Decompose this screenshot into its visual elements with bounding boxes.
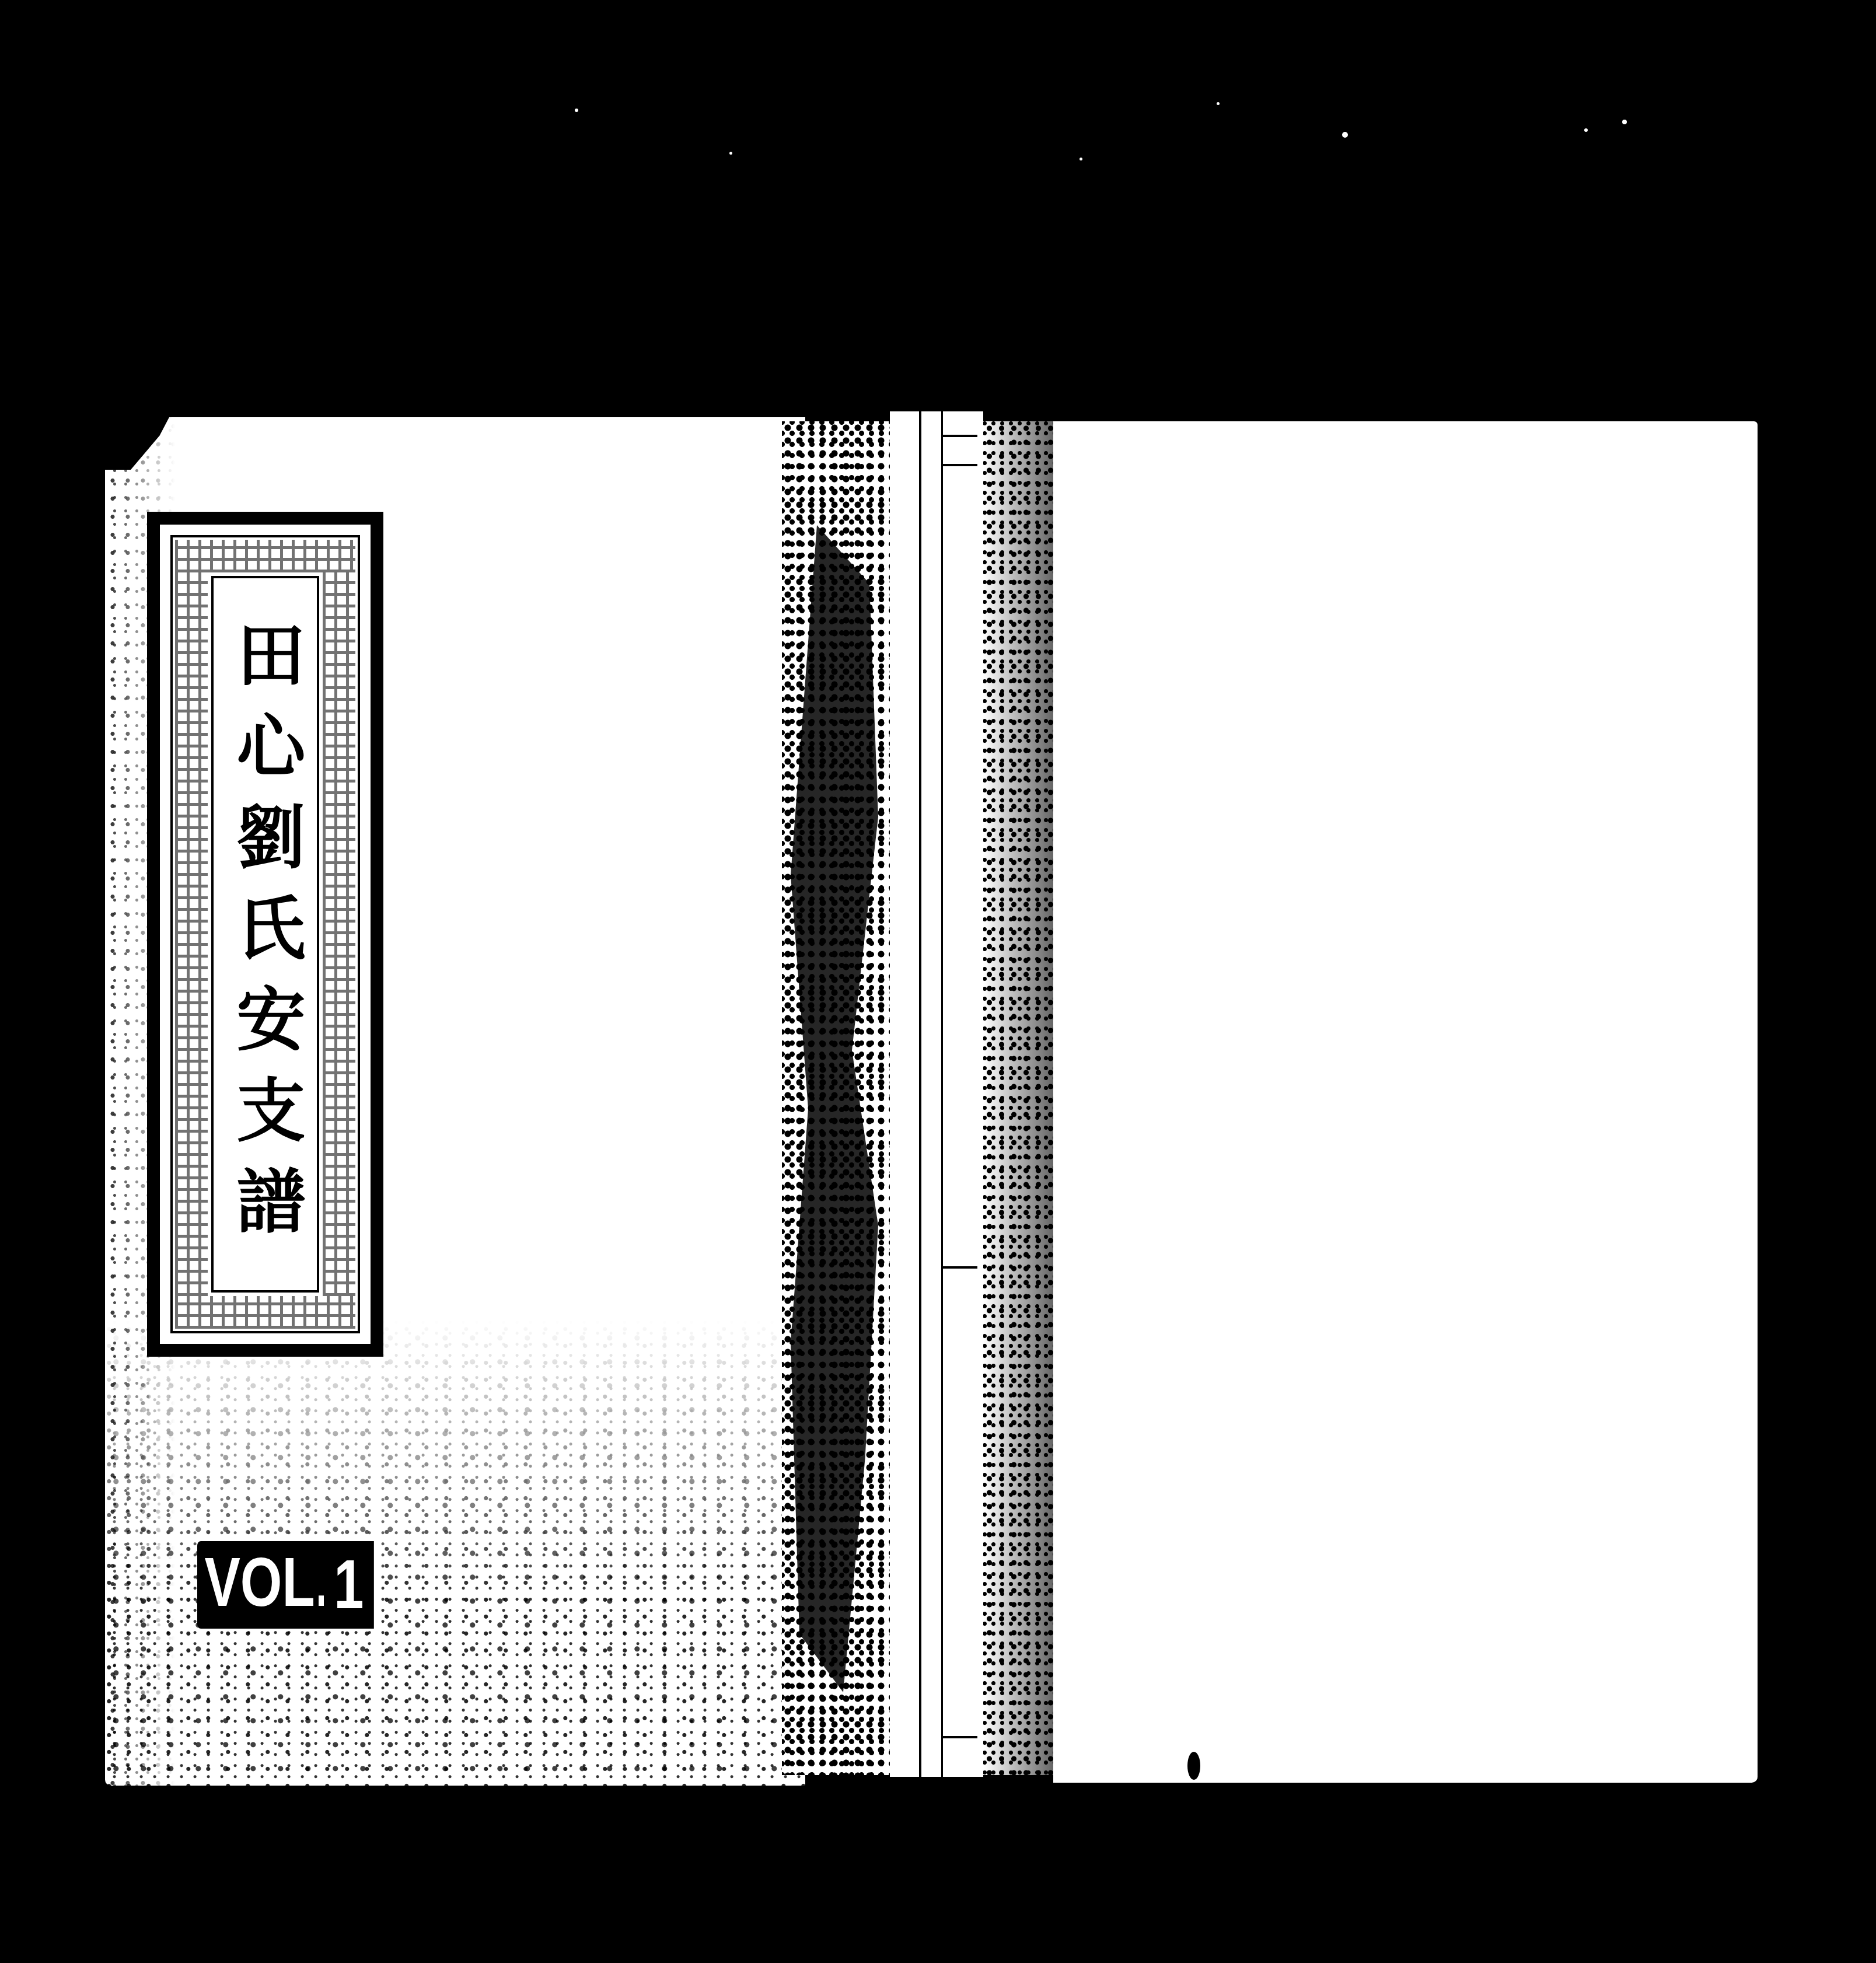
binding-stitch — [942, 464, 977, 466]
spine-fold-line — [919, 411, 921, 1777]
title-label: 田心劉氏安支譜 — [147, 512, 383, 1357]
fret-border-top — [175, 540, 355, 572]
back-cover — [1053, 421, 1758, 1783]
dust-speck — [1342, 132, 1348, 138]
binding-stitch — [942, 1736, 977, 1738]
dust-speck — [575, 109, 578, 112]
binding-stitch — [942, 1266, 977, 1269]
dust-speck — [1584, 128, 1588, 132]
dust-speck — [1217, 102, 1220, 105]
title-panel: 田心劉氏安支譜 — [211, 576, 319, 1293]
fret-border-right — [323, 572, 355, 1296]
dust-speck — [729, 152, 732, 155]
ink-blot — [1187, 1752, 1200, 1780]
fret-border-left — [175, 572, 208, 1296]
back-cover-edge-wear — [983, 421, 1053, 1775]
binding-stitch — [942, 435, 977, 437]
book-spine — [890, 411, 983, 1777]
dust-speck — [1622, 120, 1627, 124]
volume-label: VOL. 1 — [197, 1541, 388, 1629]
spine-fold-line — [941, 411, 943, 1777]
volume-prefix: VOL. — [197, 1541, 337, 1629]
fret-border-bottom — [175, 1296, 355, 1329]
book-title: 田心劉氏安支譜 — [231, 619, 300, 1256]
volume-number: 1 — [324, 1541, 374, 1629]
dust-speck — [1080, 158, 1082, 160]
